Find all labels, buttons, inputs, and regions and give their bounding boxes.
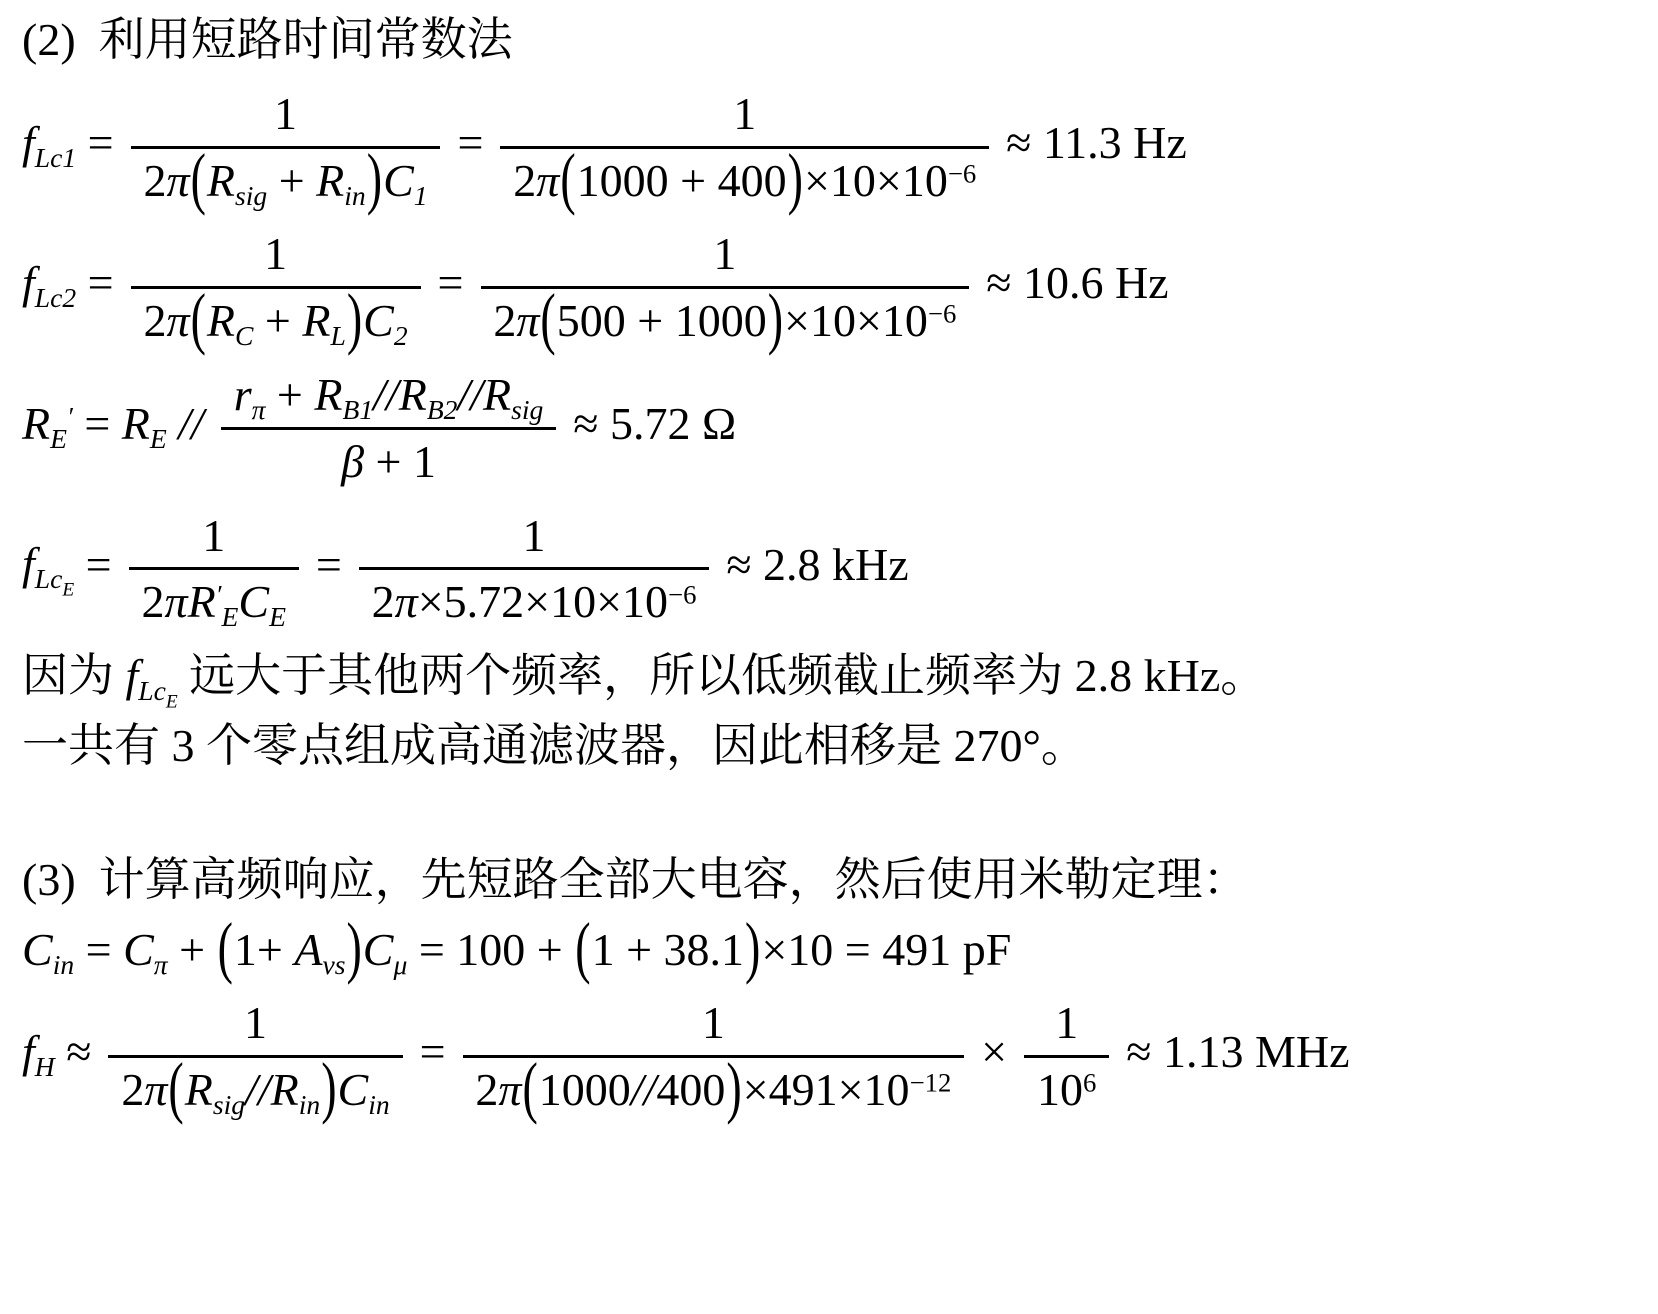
fraction: 12π(Rsig//Rin)Cin xyxy=(108,993,402,1120)
fraction-denominator: 2π×5.72×10×10−6 xyxy=(359,567,710,632)
math-token: = xyxy=(76,117,125,168)
superscript: −6 xyxy=(668,580,696,610)
fraction-numerator: 1 xyxy=(131,224,421,286)
math-token: 400 xyxy=(656,1064,725,1115)
subscript: 2 xyxy=(394,320,408,351)
fraction-numerator: 1 xyxy=(359,506,710,568)
math-token: fLcE xyxy=(22,538,74,589)
math-token: C1 xyxy=(383,155,427,206)
math-token: ×10 = 491 pF xyxy=(761,924,1011,975)
math-token: π xyxy=(395,576,418,627)
math-token: + xyxy=(267,155,316,206)
fraction-denominator: 2π(1000 + 400)×10×10−6 xyxy=(500,146,989,211)
superscript: −6 xyxy=(948,158,976,188)
subscript: sig xyxy=(213,1089,245,1120)
math-token: fLc2 xyxy=(22,257,76,308)
math-token: ×10×10−6 xyxy=(804,155,976,206)
fraction: 12π(1000 + 400)×10×10−6 xyxy=(500,84,989,211)
math-token: Rin xyxy=(316,155,366,206)
math-token: = xyxy=(74,538,123,589)
math-token: 1 xyxy=(733,88,756,139)
formula-f-lc1: fLc1 = 12π(Rsig + Rin)C1 = 12π(1000 + 40… xyxy=(22,84,1650,211)
math-token: 2 xyxy=(372,576,395,627)
fraction-denominator: 2π(RC + RL)C2 xyxy=(131,286,421,351)
fraction-numerator: 1 xyxy=(129,506,299,568)
math-token: // xyxy=(631,1064,657,1115)
math-token: 2 xyxy=(142,576,165,627)
paren-delimiter: ( xyxy=(190,274,207,364)
fraction: 12π(RC + RL)C2 xyxy=(131,224,421,351)
paren-delimiter: ) xyxy=(744,902,761,992)
math-token: // xyxy=(373,369,399,420)
math-token: Rsig xyxy=(483,369,543,420)
math-token: 1 xyxy=(244,997,267,1048)
math-token: ≈ 2.8 kHz xyxy=(715,538,909,589)
paren-delimiter: ) xyxy=(320,1043,337,1133)
subscript: in xyxy=(299,1089,320,1120)
fraction: 12πR′ECE xyxy=(129,506,299,633)
math-token: 1 xyxy=(523,510,546,561)
subscript: B1 xyxy=(342,394,373,425)
formula-f-lc2: fLc2 = 12π(RC + RL)C2 = 12π(500 + 1000)×… xyxy=(22,224,1650,351)
paren-delimiter: ) xyxy=(346,274,363,364)
math-token: Rsig xyxy=(185,1064,245,1115)
math-token: rπ xyxy=(234,369,266,420)
paren-delimiter: ) xyxy=(787,133,804,223)
subscript: Lc1 xyxy=(35,141,76,172)
math-token: = xyxy=(446,117,495,168)
math-token: + xyxy=(168,924,217,975)
math-token: 1 xyxy=(264,228,287,279)
math-token: 2 xyxy=(144,155,167,206)
subscript: C xyxy=(235,320,253,351)
math-token: RB1 xyxy=(314,369,373,420)
superscript: −12 xyxy=(910,1068,952,1098)
subscript: in xyxy=(53,948,74,979)
math-token: ≈ 5.72 Ω xyxy=(562,398,736,449)
fraction-denominator: 2πR′ECE xyxy=(129,567,299,632)
subscript: E xyxy=(150,423,167,454)
fraction-denominator: β + 1 xyxy=(221,427,556,492)
subscript: LcE xyxy=(138,675,177,706)
math-token: 2 xyxy=(513,155,536,206)
math-token: π xyxy=(167,295,190,346)
math-token: + xyxy=(265,369,314,420)
subscript: sig xyxy=(511,394,543,425)
math-token: LcE xyxy=(35,563,74,594)
fraction: 12π(Rsig + Rin)C1 xyxy=(131,84,441,211)
subscript: LcE xyxy=(35,563,74,594)
math-token: = xyxy=(76,257,125,308)
math-token: C2 xyxy=(363,295,407,346)
paren-delimiter: ) xyxy=(725,1043,742,1133)
math-token: 1 + 38.1 xyxy=(592,924,744,975)
math-token: π xyxy=(516,295,539,346)
formula-re-prime: RE′ = RE // rπ + RB1//RB2//Rsigβ + 1 ≈ 5… xyxy=(22,365,1650,492)
subscript: in xyxy=(344,179,365,210)
subscript: L xyxy=(330,320,345,351)
fraction-numerator: 1 xyxy=(1024,993,1109,1055)
math-token: 2 xyxy=(121,1064,144,1115)
conclusion-low-freq-line: 因为 fLcE 远大于其他两个频率，所以低频截止频率为 2.8 kHz。 xyxy=(22,646,1650,706)
math-token: RE′ xyxy=(22,398,73,449)
math-token: = 100 + xyxy=(407,924,574,975)
fraction: 12π(500 + 1000)×10×10−6 xyxy=(481,224,970,351)
math-token: 1 xyxy=(713,228,736,279)
math-token: // xyxy=(457,369,483,420)
math-token: // xyxy=(245,1064,271,1115)
subscript: E xyxy=(50,423,67,454)
math-token: R′E xyxy=(188,576,239,627)
paren-delimiter: ) xyxy=(366,133,383,223)
math-token: // xyxy=(167,398,216,449)
math-token: 1000 xyxy=(539,1064,631,1115)
math-token: 1+ xyxy=(234,924,294,975)
math-token: RL xyxy=(302,295,345,346)
math-token: ≈ 11.3 Hz xyxy=(995,117,1187,168)
math-token: Avs xyxy=(294,924,345,975)
fraction-denominator: 2π(1000//400)×491×10−12 xyxy=(463,1055,965,1120)
math-token: ≈ 10.6 Hz xyxy=(975,257,1169,308)
section-3-heading: (3) 计算高频响应，先短路全部大电容，然后使用米勒定理： xyxy=(22,850,1650,910)
math-token: = xyxy=(426,257,475,308)
math-token: fLc1 xyxy=(22,117,76,168)
math-token: RE xyxy=(122,398,167,449)
math-token: = xyxy=(74,924,123,975)
fraction-denominator: 2π(500 + 1000)×10×10−6 xyxy=(481,286,970,351)
fraction-denominator: 2π(Rsig + Rin)C1 xyxy=(131,146,441,211)
subscript: π xyxy=(252,394,266,425)
subscript: π xyxy=(154,948,168,979)
math-token: 2 xyxy=(493,295,516,346)
subscript: B2 xyxy=(427,394,458,425)
math-token: ×491×10−12 xyxy=(743,1064,952,1115)
superscript: 6 xyxy=(1083,1068,1096,1098)
math-token: CE xyxy=(238,576,286,627)
paren-delimiter: ) xyxy=(345,902,362,992)
subscript: E xyxy=(62,580,74,601)
paren-delimiter: ( xyxy=(217,902,234,992)
subscript: Lc2 xyxy=(35,282,76,313)
math-token: 1 xyxy=(274,88,297,139)
section-2-heading: (2) 利用短路时间常数法 xyxy=(22,10,1650,70)
subscript: H xyxy=(35,1051,55,1082)
math-token: π xyxy=(498,1064,521,1115)
math-token: 远大于其他两个频率，所以低频截止频率为 2.8 kHz。 xyxy=(178,650,1267,701)
math-token: Rin xyxy=(271,1064,321,1115)
math-token: = xyxy=(408,1026,457,1077)
fraction: 12π×5.72×10×10−6 xyxy=(359,506,710,633)
math-token: π xyxy=(165,576,188,627)
math-token: = xyxy=(73,398,122,449)
paren-delimiter: ) xyxy=(767,274,784,364)
math-token: fH xyxy=(22,1026,55,1077)
math-token: 因为 xyxy=(22,650,126,701)
subscript: E xyxy=(166,692,178,713)
paren-delimiter: ( xyxy=(539,274,556,364)
fraction-numerator: 1 xyxy=(108,993,402,1055)
superscript: −6 xyxy=(928,299,956,329)
paren-delimiter: ( xyxy=(190,133,207,223)
fraction-numerator: rπ + RB1//RB2//Rsig xyxy=(221,365,556,427)
math-token: LcE xyxy=(138,675,177,706)
math-token: 1000 + 400 xyxy=(577,155,787,206)
math-token: Cin xyxy=(22,924,74,975)
math-token: ×10×10−6 xyxy=(784,295,956,346)
math-token: ≈ 1.13 MHz xyxy=(1115,1026,1350,1077)
subscript: vs xyxy=(322,948,345,979)
math-token: Cπ xyxy=(123,924,168,975)
math-token: fLcE xyxy=(126,650,178,701)
math-token: Cin xyxy=(338,1064,390,1115)
math-token: = xyxy=(304,538,353,589)
math-token: Rsig xyxy=(207,155,267,206)
math-token: ≈ xyxy=(55,1026,103,1077)
math-token: π xyxy=(144,1064,167,1115)
subscript: in xyxy=(368,1089,389,1120)
fraction: 1106 xyxy=(1024,993,1109,1120)
paren-delimiter: ( xyxy=(559,133,576,223)
math-token: Cμ xyxy=(363,924,408,975)
math-token: 1 xyxy=(702,997,725,1048)
subscript: E xyxy=(222,601,239,632)
math-token: RB2 xyxy=(399,369,458,420)
document-page: (2) 利用短路时间常数法 fLc1 = 12π(Rsig + Rin)C1 =… xyxy=(0,0,1658,1314)
paren-delimiter: ( xyxy=(521,1043,538,1133)
fraction-denominator: 2π(Rsig//Rin)Cin xyxy=(108,1055,402,1120)
zeros-phase-line: 一共有 3 个零点组成高通滤波器，因此相移是 270°。 xyxy=(22,716,1650,776)
math-token: 1 xyxy=(202,510,225,561)
subscript: E xyxy=(269,601,286,632)
subscript: 1 xyxy=(414,179,428,210)
paren-delimiter: ( xyxy=(574,902,591,992)
math-token: 2 xyxy=(144,295,167,346)
math-token: 2 xyxy=(475,1064,498,1115)
fraction-numerator: 1 xyxy=(131,84,441,146)
formula-f-lce: fLcE = 12πR′ECE = 12π×5.72×10×10−6 ≈ 2.8… xyxy=(22,506,1650,633)
math-token: π xyxy=(536,155,559,206)
math-token: 106 xyxy=(1037,1064,1096,1115)
fraction: 12π(1000//400)×491×10−12 xyxy=(463,993,965,1120)
formula-fh: fH ≈ 12π(Rsig//Rin)Cin = 12π(1000//400)×… xyxy=(22,993,1650,1120)
formula-cin: Cin = Cπ + (1+ Avs)Cμ = 100 + (1 + 38.1)… xyxy=(22,920,1650,980)
subscript: sig xyxy=(235,179,267,210)
math-token: ×5.72×10×10−6 xyxy=(418,576,697,627)
fraction-denominator: 106 xyxy=(1024,1055,1109,1120)
math-token: RC xyxy=(207,295,254,346)
paren-delimiter: ( xyxy=(167,1043,184,1133)
math-token: β xyxy=(341,436,364,487)
math-token: + 1 xyxy=(364,436,436,487)
math-token: π xyxy=(167,155,190,206)
math-token: + xyxy=(253,295,302,346)
fraction: rπ + RB1//RB2//Rsigβ + 1 xyxy=(221,365,556,492)
math-token: × xyxy=(970,1026,1019,1077)
math-token: 500 + 1000 xyxy=(557,295,767,346)
subscript: μ xyxy=(393,948,407,979)
math-token: 1 xyxy=(1055,997,1078,1048)
